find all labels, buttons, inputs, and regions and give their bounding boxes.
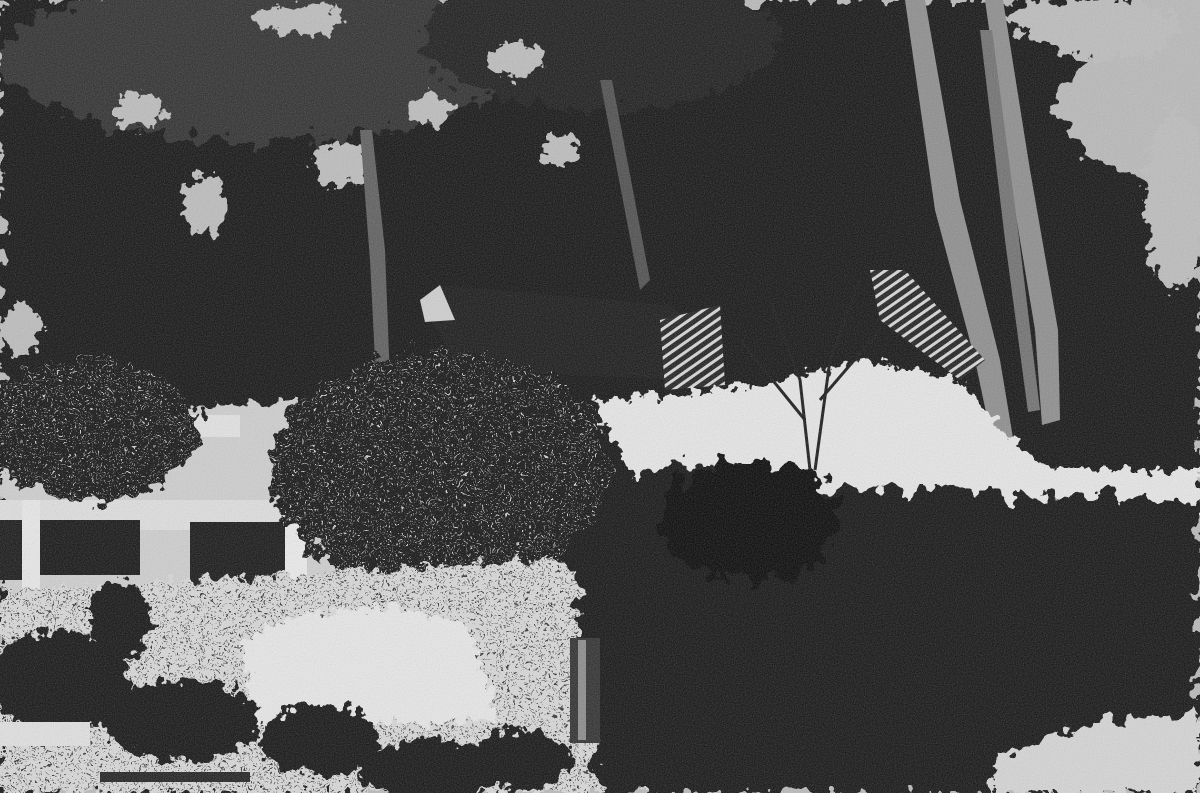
photo-canvas xyxy=(0,0,1200,793)
grain-overlay xyxy=(0,0,1200,793)
photo-scene: Black and white high-contrast photograph… xyxy=(0,0,1200,793)
